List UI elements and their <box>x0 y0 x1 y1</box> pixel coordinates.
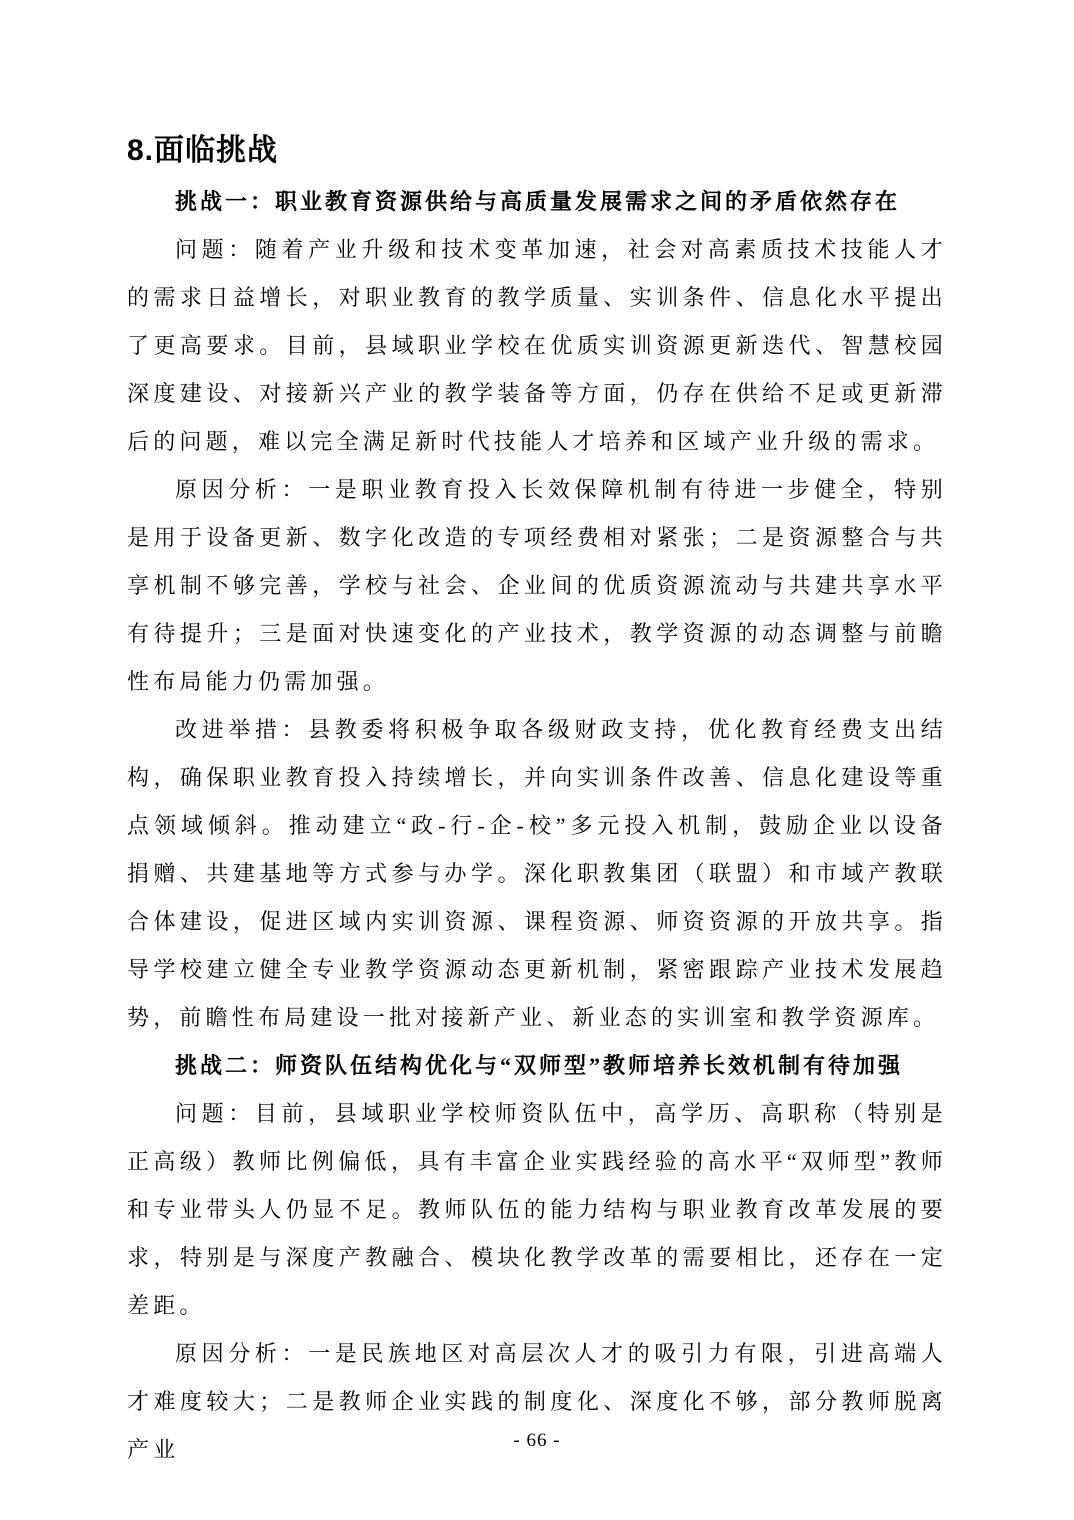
section-heading: 8.面临挑战 <box>127 130 947 172</box>
challenge-2-problem-paragraph: 问题：目前，县域职业学校师资队伍中，高学历、高职称（特别是正高级）教师比例偏低，… <box>127 1090 947 1330</box>
challenge-1-measures-paragraph: 改进举措：县教委将积极争取各级财政支持，优化教育经费支出结构，确保职业教育投入持… <box>127 706 947 1042</box>
document-page: 8.面临挑战 挑战一：职业教育资源供给与高质量发展需求之间的矛盾依然存在 问题：… <box>0 0 1074 1520</box>
challenge-1-cause-paragraph: 原因分析：一是职业教育投入长效保障机制有待进一步健全，特别是用于设备更新、数字化… <box>127 466 947 706</box>
page-number: - 66 - <box>0 1428 1074 1454</box>
challenge-2-heading: 挑战二：师资队伍结构优化与“双师型”教师培养长效机制有待加强 <box>127 1042 947 1090</box>
challenge-1-heading: 挑战一：职业教育资源供给与高质量发展需求之间的矛盾依然存在 <box>127 178 947 226</box>
document-content: 8.面临挑战 挑战一：职业教育资源供给与高质量发展需求之间的矛盾依然存在 问题：… <box>127 130 947 1474</box>
challenge-1-problem-paragraph: 问题：随着产业升级和技术变革加速，社会对高素质技术技能人才的需求日益增长，对职业… <box>127 226 947 466</box>
